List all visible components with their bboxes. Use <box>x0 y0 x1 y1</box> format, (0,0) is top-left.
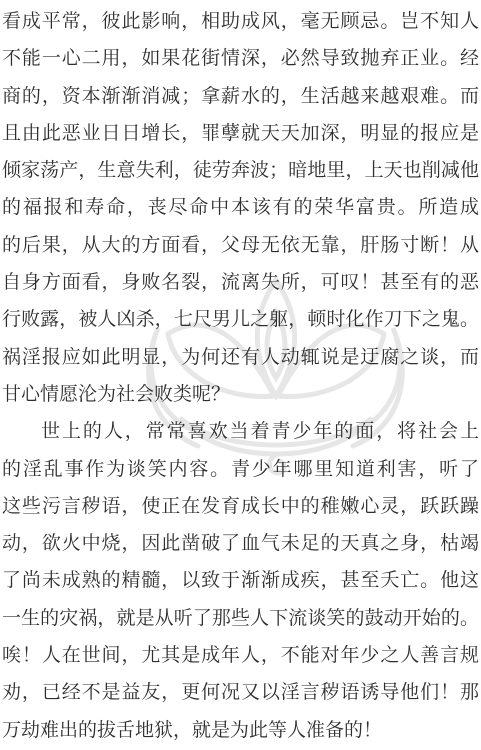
book-page: 看成平常，彼此影响，相助成风，毫无顾忌。岂不知人不能一心二用，如果花街情深，必然… <box>0 0 481 750</box>
text-line: 动，欲火中烧，因此凿破了血气未足的天真之身，枯竭 <box>2 525 479 562</box>
text-line: 不能一心二用，如果花街情深，必然导致抛弃正业。经 <box>2 40 479 77</box>
text-line: 的淫乱事作为谈笑内容。青少年哪里知道利害，听了 <box>2 451 479 488</box>
text-line: 的后果，从大的方面看，父母无依无靠，肝肠寸断！从 <box>2 227 479 264</box>
text-lines: 看成平常，彼此影响，相助成风，毫无顾忌。岂不知人不能一心二用，如果花街情深，必然… <box>0 0 481 750</box>
text-line: 自身方面看，身败名裂，流离失所，可叹！甚至有的恶 <box>2 264 479 301</box>
text-line: 唉！人在世间，尤其是成年人，不能对年少之人善言规 <box>2 637 479 674</box>
text-line: 商的，资本渐渐消减；拿薪水的，生活越来越艰难。而 <box>2 78 479 115</box>
text-line: 了尚未成熟的精髓，以致于渐渐成疾，甚至夭亡。他这 <box>2 562 479 599</box>
text-line: 甘心情愿沦为社会败类呢？ <box>2 376 479 413</box>
text-line: 这些污言秽语，使正在发育成长中的稚嫩心灵，跃跃躁 <box>2 488 479 525</box>
text-line: 看成平常，彼此影响，相助成风，毫无顾忌。岂不知人 <box>2 3 479 40</box>
text-line: 世上的人，常常喜欢当着青少年的面，将社会上 <box>2 413 479 450</box>
text-line: 行败露，被人凶杀，七尺男儿之躯，顿时化作刀下之鬼。 <box>2 301 479 338</box>
text-line: 祸淫报应如此明显，为何还有人动辄说是迂腐之谈，而 <box>2 339 479 376</box>
text-line: 一生的灾祸，就是从听了那些人下流谈笑的鼓动开始的。 <box>2 600 479 637</box>
text-line: 劝，已经不是益友，更何况又以淫言秽语诱导他们！那 <box>2 674 479 711</box>
text-line: 倾家荡产，生意失利，徒劳奔波；暗地里，上天也削减他 <box>2 152 479 189</box>
text-line: 的福报和寿命，丧尽命中本该有的荣华富贵。所造成 <box>2 189 479 226</box>
text-line: 且由此恶业日日增长，罪孽就天天加深，明显的报应是 <box>2 115 479 152</box>
text-line: 万劫难出的拔舌地狱，就是为此等人准备的！ <box>2 712 479 749</box>
